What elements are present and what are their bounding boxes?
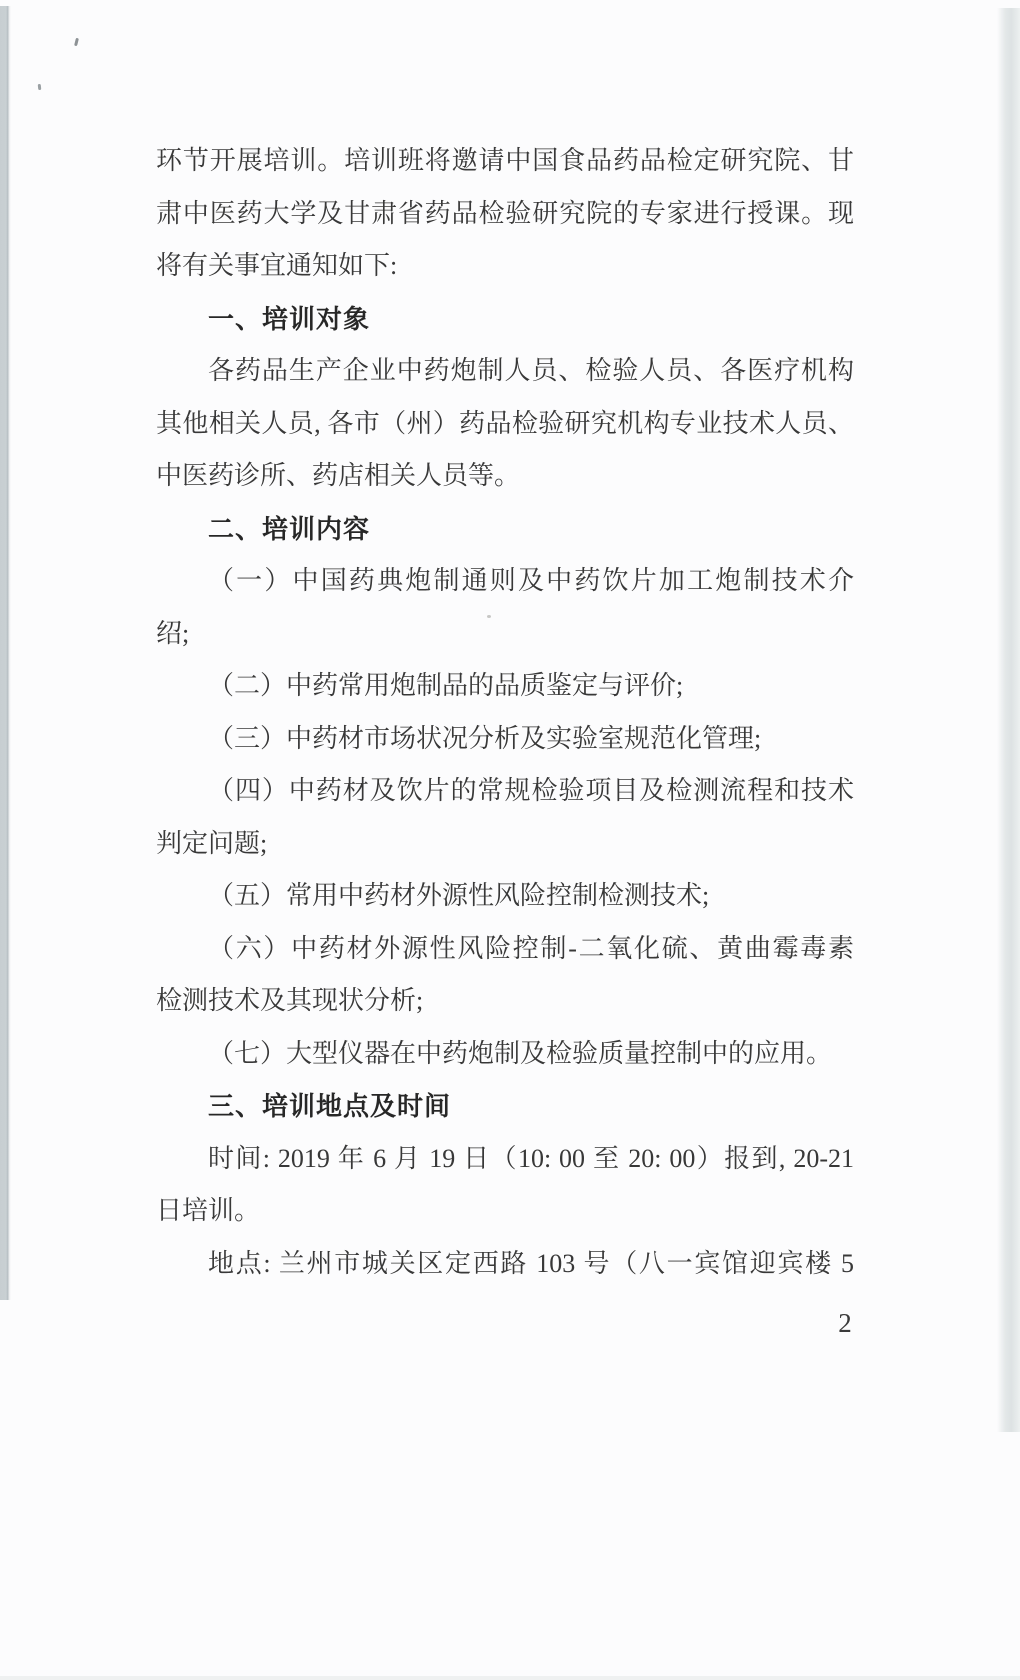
section-1-line-3: 中医药诊所、药店相关人员等。	[156, 450, 854, 503]
document-body: 环节开展培训。培训班将邀请中国食品药品检定研究院、甘 肃中医药大学及甘肃省药品检…	[156, 135, 854, 1290]
section-2-item-1-line-1: （一）中国药典炮制通则及中药饮片加工炮制技术介	[156, 555, 854, 608]
scan-speck	[74, 38, 79, 46]
intro-line-2: 肃中医药大学及甘肃省药品检验研究院的专家进行授课。现	[156, 188, 854, 241]
intro-line-1: 环节开展培训。培训班将邀请中国食品药品检定研究院、甘	[156, 135, 854, 188]
section-2-item-2: （二）中药常用炮制品的品质鉴定与评价;	[156, 660, 854, 713]
section-2-item-6-line-1: （六）中药材外源性风险控制-二氧化硫、黄曲霉毒素	[156, 923, 854, 976]
section-3-time-line-2: 日培训。	[156, 1185, 854, 1238]
scan-edge-left	[0, 6, 11, 1300]
section-2-item-1-line-2: 绍;	[156, 608, 854, 661]
section-2-heading: 二、培训内容	[156, 503, 854, 556]
section-3-heading: 三、培训地点及时间	[156, 1080, 854, 1133]
intro-line-3: 将有关事宜通知如下:	[156, 240, 854, 293]
section-2-item-3: （三）中药材市场状况分析及实验室规范化管理;	[156, 713, 854, 766]
page-number: 2	[818, 1297, 872, 1350]
section-3-location-line-1: 地点: 兰州市城关区定西路 103 号（八一宾馆迎宾楼 5	[156, 1238, 854, 1291]
section-3-time-line-1: 时间: 2019 年 6 月 19 日（10: 00 至 20: 00）报到, …	[156, 1133, 854, 1186]
section-1-line-1: 各药品生产企业中药炮制人员、检验人员、各医疗机构	[156, 345, 854, 398]
scan-edge-bottom	[0, 1676, 1020, 1680]
section-2-item-4-line-2: 判定问题;	[156, 818, 854, 871]
section-1-heading: 一、培训对象	[156, 293, 854, 346]
scan-edge-right	[997, 8, 1020, 1432]
section-2-item-6-line-2: 检测技术及其现状分析;	[156, 975, 854, 1028]
section-2-item-5: （五）常用中药材外源性风险控制检测技术;	[156, 870, 854, 923]
section-2-item-4-line-1: （四）中药材及饮片的常规检验项目及检测流程和技术	[156, 765, 854, 818]
section-2-item-7: （七）大型仪器在中药炮制及检验质量控制中的应用。	[156, 1028, 854, 1081]
scan-speck	[38, 84, 42, 90]
section-1-line-2: 其他相关人员, 各市（州）药品检验研究机构专业技术人员、	[156, 398, 854, 451]
